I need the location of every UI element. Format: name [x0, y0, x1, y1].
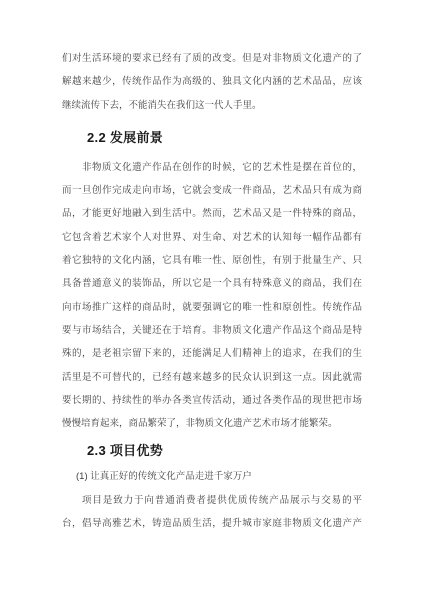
- text-line: 台，倡导高雅艺术，铸造品质生活，提升城市家庭非物质文化遗产产: [62, 512, 362, 535]
- text-line: 向市场推广这样的商品时，就要强调它的唯一性和原创性。传统作品: [62, 296, 362, 319]
- text-line: 继续流传下去，不能消失在我们这一代人手里。: [62, 94, 362, 117]
- page-content: 们对生活环境的要求已经有了质的改变。但是对非物质文化遗产的了 解越来越少，传统作…: [62, 47, 362, 535]
- text-line: 要长期的、持续性的举办各类宣传活动，通过各类作品的现世把市场: [62, 389, 362, 412]
- text-line: 要与市场结合，关键还在于培育。非物质文化遗产作品这个商品是特: [62, 319, 362, 342]
- paragraph-project-advantages: (1) 让真正好的传统文化产品走进千家万户 项目是致力于向普通消费者提供优质传统…: [62, 465, 362, 535]
- paragraph-development-prospects: 非物质文化遗产作品在创作的时候，它的艺术性是摆在首位的， 而一旦创作完成走向市场…: [62, 156, 362, 436]
- text-line: 项目是致力于向普通消费者提供优质传统产品展示与交易的平: [62, 489, 362, 512]
- text-line: 具备普通意义的装饰品，所以它是一个具有特殊意义的商品，我们在: [62, 272, 362, 295]
- text-line: 而一旦创作完成走向市场，它就会变成一件商品，艺术品只有成为商: [62, 179, 362, 202]
- text-line: 着它独特的文化内涵，它具有唯一性、原创性，有别于批量生产、只: [62, 249, 362, 272]
- text-line: 活里是不可替代的，已经有越来越多的民众认识到这一点。因此就需: [62, 366, 362, 389]
- list-item-subheading: (1) 让真正好的传统文化产品走进千家万户: [62, 465, 362, 488]
- text-line: 它包含着艺术家个人对世界、对生命、对艺术的认知每一幅作品都有: [62, 226, 362, 249]
- text-line: 们对生活环境的要求已经有了质的改变。但是对非物质文化遗产的了: [62, 47, 362, 70]
- text-line: 非物质文化遗产作品在创作的时候，它的艺术性是摆在首位的，: [62, 156, 362, 179]
- text-line: 解越来越少，传统作品作为高级的、独具文化内涵的艺术品品，应该: [62, 70, 362, 93]
- document-page: 们对生活环境的要求已经有了质的改变。但是对非物质文化遗产的了 解越来越少，传统作…: [0, 0, 424, 600]
- section-heading-2-3: 2.3 项目优势: [62, 442, 362, 460]
- paragraph-continuation: 们对生活环境的要求已经有了质的改变。但是对非物质文化遗产的了 解越来越少，传统作…: [62, 47, 362, 117]
- text-line: 殊的，是老祖宗留下来的，还能满足人们精神上的追求，在我们的生: [62, 342, 362, 365]
- section-heading-2-2: 2.2 发展前景: [62, 129, 362, 147]
- text-line: 品，才能更好地融入到生活中。然而，艺术品又是一件特殊的商品，: [62, 202, 362, 225]
- text-line: 慢慢培育起来，商品繁荣了，非物质文化遗产艺术市场才能繁荣。: [62, 412, 362, 435]
